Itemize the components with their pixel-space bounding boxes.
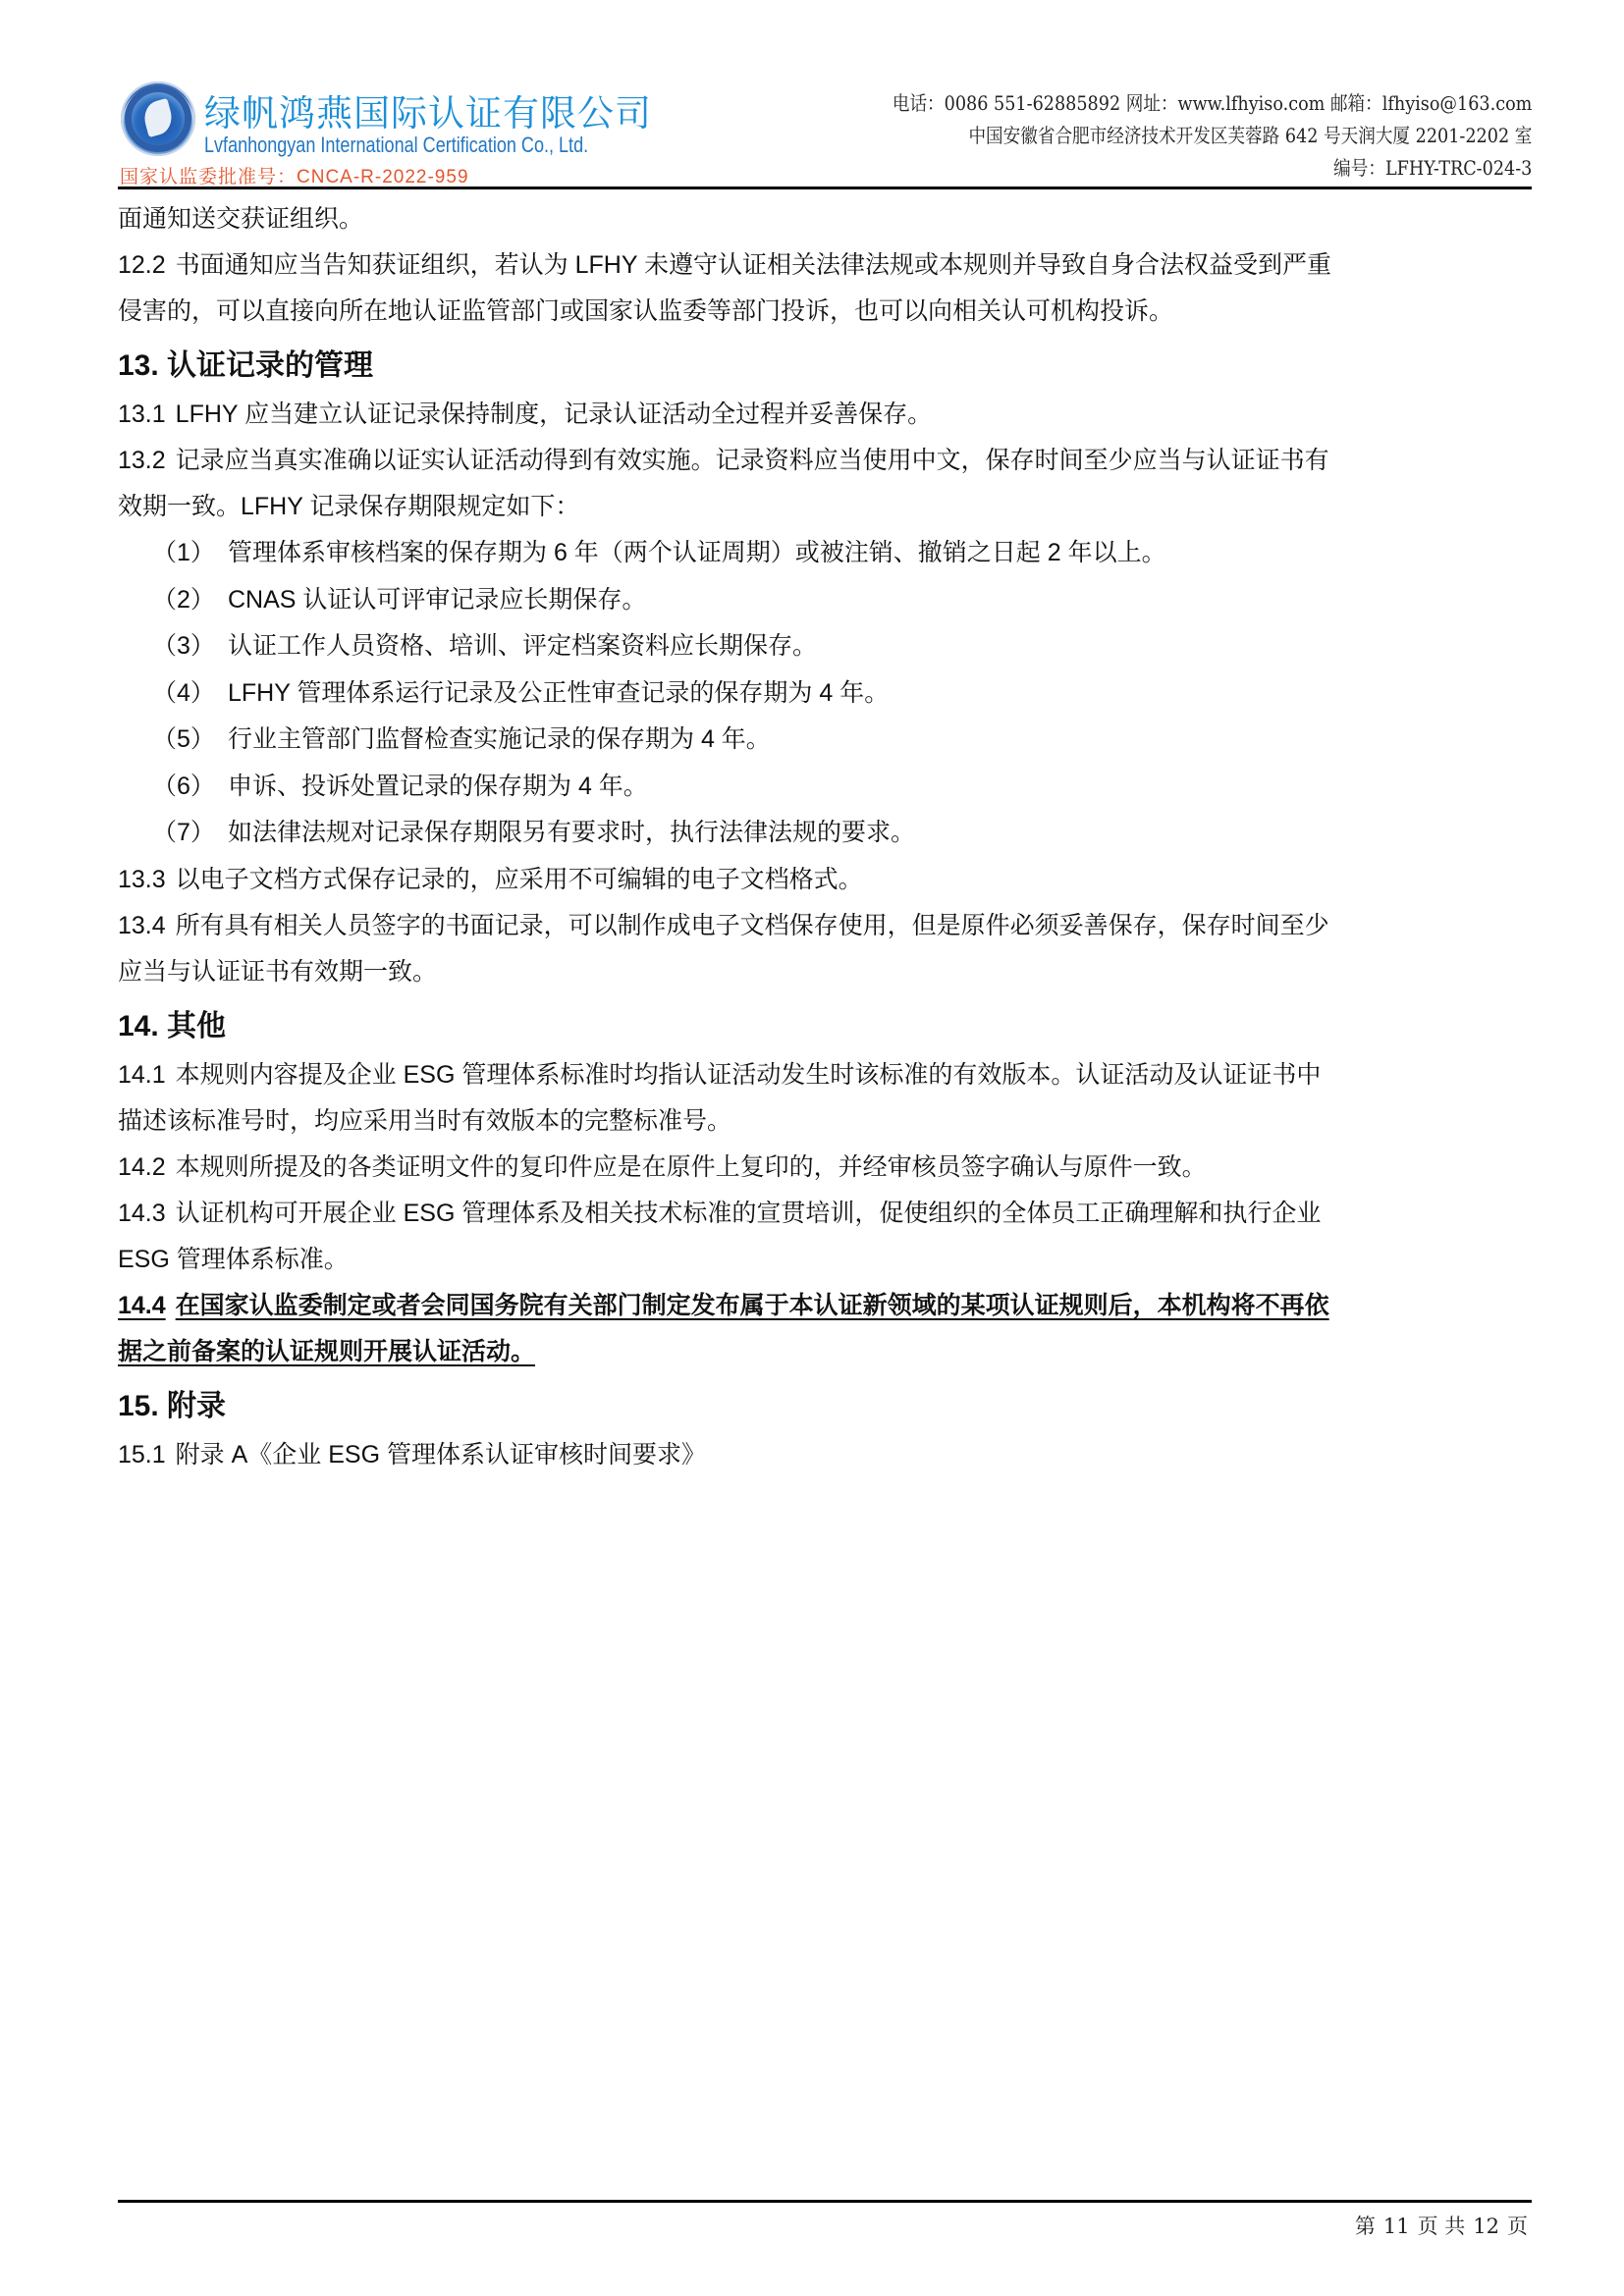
contact-block: 电话：0086 551-62885892 网址：www.lfhyiso.com … (805, 87, 1532, 185)
approval-number: 国家认监委批准号：CNCA-R-2022-959 (120, 162, 469, 188)
footer-divider (118, 2200, 1532, 2203)
list-item-text: 认证工作人员资格、培训、评定档案资料应长期保存。 (228, 632, 817, 660)
list-item-text: 如法律法规对记录保存期限另有要求时，执行法律法规的要求。 (228, 819, 915, 846)
list-item-text: 行业主管部门监督检查实施记录的保存期为 4 年。 (228, 725, 771, 753)
clause-14-4-cont: 据之前备案的认证规则开展认证活动。 (118, 1329, 1532, 1375)
clause-number: 15.1 (118, 1441, 166, 1468)
page-number: 第11页 共12页 (1351, 2211, 1532, 2240)
clause-13-4: 13.4所有具有相关人员签字的书面记录，可以制作成电子文档保存使用，但是原件必须… (118, 903, 1532, 949)
clause-number: 14.3 (118, 1200, 166, 1227)
clause-13-4-cont: 应当与认证证书有效期一致。 (118, 949, 1532, 995)
section-heading-13: 13. 认证记录的管理 (118, 335, 1532, 392)
clause-text: 记录应当真实准确以证实认证活动得到有效实施。记录资料应当使用中文，保存时间至少应… (176, 447, 1329, 474)
list-item-number: （1） (152, 530, 228, 577)
clause-14-4: 14.4在国家认监委制定或者会同国务院有关部门制定发布属于本认证新领域的某项认证… (118, 1283, 1532, 1329)
section-heading-15: 15. 附录 (118, 1375, 1532, 1432)
company-name-cn: 绿帆鸿燕国际认证有限公司 (204, 83, 652, 136)
clause-13-3: 13.3以电子文档方式保存记录的，应采用不可编辑的电子文档格式。 (118, 857, 1532, 903)
clause-13-1: 13.1LFHY 应当建立认证记录保持制度，记录认证活动全过程并妥善保存。 (118, 392, 1532, 438)
clause-number: 14.4 (118, 1292, 166, 1319)
list-item-text: 管理体系审核档案的保存期为 6 年（两个认证周期）或被注销、撤销之日起 2 年以… (228, 539, 1166, 566)
page-suffix: 页 (1507, 2215, 1528, 2238)
clause-14-3: 14.3认证机构可开展企业 ESG 管理体系及相关技术标准的宣贯培训，促使组织的… (118, 1191, 1532, 1237)
clause-text: 本规则所提及的各类证明文件的复印件应是在原件上复印的，并经审核员签字确认与原件一… (176, 1153, 1207, 1181)
list-item: （5）行业主管部门监督检查实施记录的保存期为 4 年。 (118, 717, 1532, 764)
list-item-number: （3） (152, 623, 228, 670)
clause-number: 13.2 (118, 447, 166, 474)
page-header: 绿帆鸿燕国际认证有限公司 Lvfanhongyan International … (118, 74, 1532, 187)
list-item-number: （7） (152, 810, 228, 857)
clause-number: 13.3 (118, 866, 166, 893)
list-item: （2）CNAS 认证认可评审记录应长期保存。 (118, 577, 1532, 624)
clause-14-1-cont: 描述该标准号时，均应采用当时有效版本的完整标准号。 (118, 1098, 1532, 1145)
page-current: 11 (1383, 2215, 1410, 2238)
page-mid: 页 共 (1418, 2215, 1466, 2238)
clause-text: 以电子文档方式保存记录的，应采用不可编辑的电子文档格式。 (176, 866, 863, 893)
clause-text: 在国家认监委制定或者会同国务院有关部门制定发布属于本认证新领域的某项认证规则后，… (176, 1292, 1329, 1319)
clause-12-2-cont: 侵害的，可以直接向所在地认证监管部门或国家认监委等部门投诉，也可以向相关认可机构… (118, 289, 1532, 335)
clause-text: LFHY 应当建立认证记录保持制度，记录认证活动全过程并妥善保存。 (176, 400, 932, 428)
paragraph-continuation: 面通知送交获证组织。 (118, 196, 1532, 242)
list-item-number: （2） (152, 577, 228, 624)
clause-text: 书面通知应当告知获证组织，若认为 LFHY 未遵守认证相关法律法规或本规则并导致… (176, 251, 1331, 279)
clause-number: 14.1 (118, 1061, 166, 1089)
list-item: （1）管理体系审核档案的保存期为 6 年（两个认证周期）或被注销、撤销之日起 2… (118, 530, 1532, 577)
retention-list: （1）管理体系审核档案的保存期为 6 年（两个认证周期）或被注销、撤销之日起 2… (118, 530, 1532, 857)
clause-14-3-cont: ESG 管理体系标准。 (118, 1237, 1532, 1283)
header-divider (118, 187, 1532, 189)
list-item: （6）申诉、投诉处置记录的保存期为 4 年。 (118, 764, 1532, 811)
document-body: 面通知送交获证组织。 12.2书面通知应当告知获证组织，若认为 LFHY 未遵守… (118, 196, 1532, 1478)
clause-15-1: 15.1附录 A《企业 ESG 管理体系认证审核时间要求》 (118, 1432, 1532, 1478)
page-prefix: 第 (1355, 2215, 1376, 2238)
clause-number: 13.1 (118, 400, 166, 428)
list-item: （4）LFHY 管理体系运行记录及公正性审查记录的保存期为 4 年。 (118, 670, 1532, 718)
clause-text: 认证机构可开展企业 ESG 管理体系及相关技术标准的宣贯培训，促使组织的全体员工… (176, 1200, 1322, 1227)
list-item-text: 申诉、投诉处置记录的保存期为 4 年。 (228, 773, 648, 800)
clause-12-2: 12.2书面通知应当告知获证组织，若认为 LFHY 未遵守认证相关法律法规或本规… (118, 242, 1532, 289)
clause-13-2: 13.2记录应当真实准确以证实认证活动得到有效实施。记录资料应当使用中文，保存时… (118, 438, 1532, 484)
company-name-en: Lvfanhongyan International Certification… (204, 133, 588, 158)
list-item-number: （4） (152, 670, 228, 718)
clause-number: 14.2 (118, 1153, 166, 1181)
list-item-text: CNAS 认证认可评审记录应长期保存。 (228, 586, 646, 614)
clause-number: 13.4 (118, 912, 166, 939)
list-item-number: （6） (152, 764, 228, 811)
section-heading-14: 14. 其他 (118, 995, 1532, 1052)
document-number: 编号：LFHY-TRC-024-3 (892, 152, 1532, 185)
clause-14-2: 14.2本规则所提及的各类证明文件的复印件应是在原件上复印的，并经审核员签字确认… (118, 1145, 1532, 1191)
list-item-number: （5） (152, 717, 228, 764)
clause-text: 所有具有相关人员签字的书面记录，可以制作成电子文档保存使用，但是原件必须妥善保存… (176, 912, 1329, 939)
clause-13-2-cont: 效期一致。LFHY 记录保存期限规定如下： (118, 484, 1532, 530)
contact-address: 中国安徽省合肥市经济技术开发区芙蓉路 642 号天润大厦 2201-2202 室 (892, 120, 1532, 152)
company-logo: 绿帆鸿燕国际认证有限公司 Lvfanhongyan International … (118, 74, 668, 187)
clause-text: 附录 A《企业 ESG 管理体系认证审核时间要求》 (176, 1441, 706, 1468)
list-item: （7）如法律法规对记录保存期限另有要求时，执行法律法规的要求。 (118, 810, 1532, 857)
page-total: 12 (1473, 2215, 1499, 2238)
clause-number: 12.2 (118, 251, 166, 279)
clause-text: 本规则内容提及企业 ESG 管理体系标准时均指认证活动发生时该标准的有效版本。认… (176, 1061, 1322, 1089)
list-item-text: LFHY 管理体系运行记录及公正性审查记录的保存期为 4 年。 (228, 679, 889, 707)
clause-14-1: 14.1本规则内容提及企业 ESG 管理体系标准时均指认证活动发生时该标准的有效… (118, 1052, 1532, 1098)
list-item: （3）认证工作人员资格、培训、评定档案资料应长期保存。 (118, 623, 1532, 670)
company-emblem-icon (121, 81, 195, 156)
contact-phone-web-email: 电话：0086 551-62885892 网址：www.lfhyiso.com … (892, 87, 1532, 120)
